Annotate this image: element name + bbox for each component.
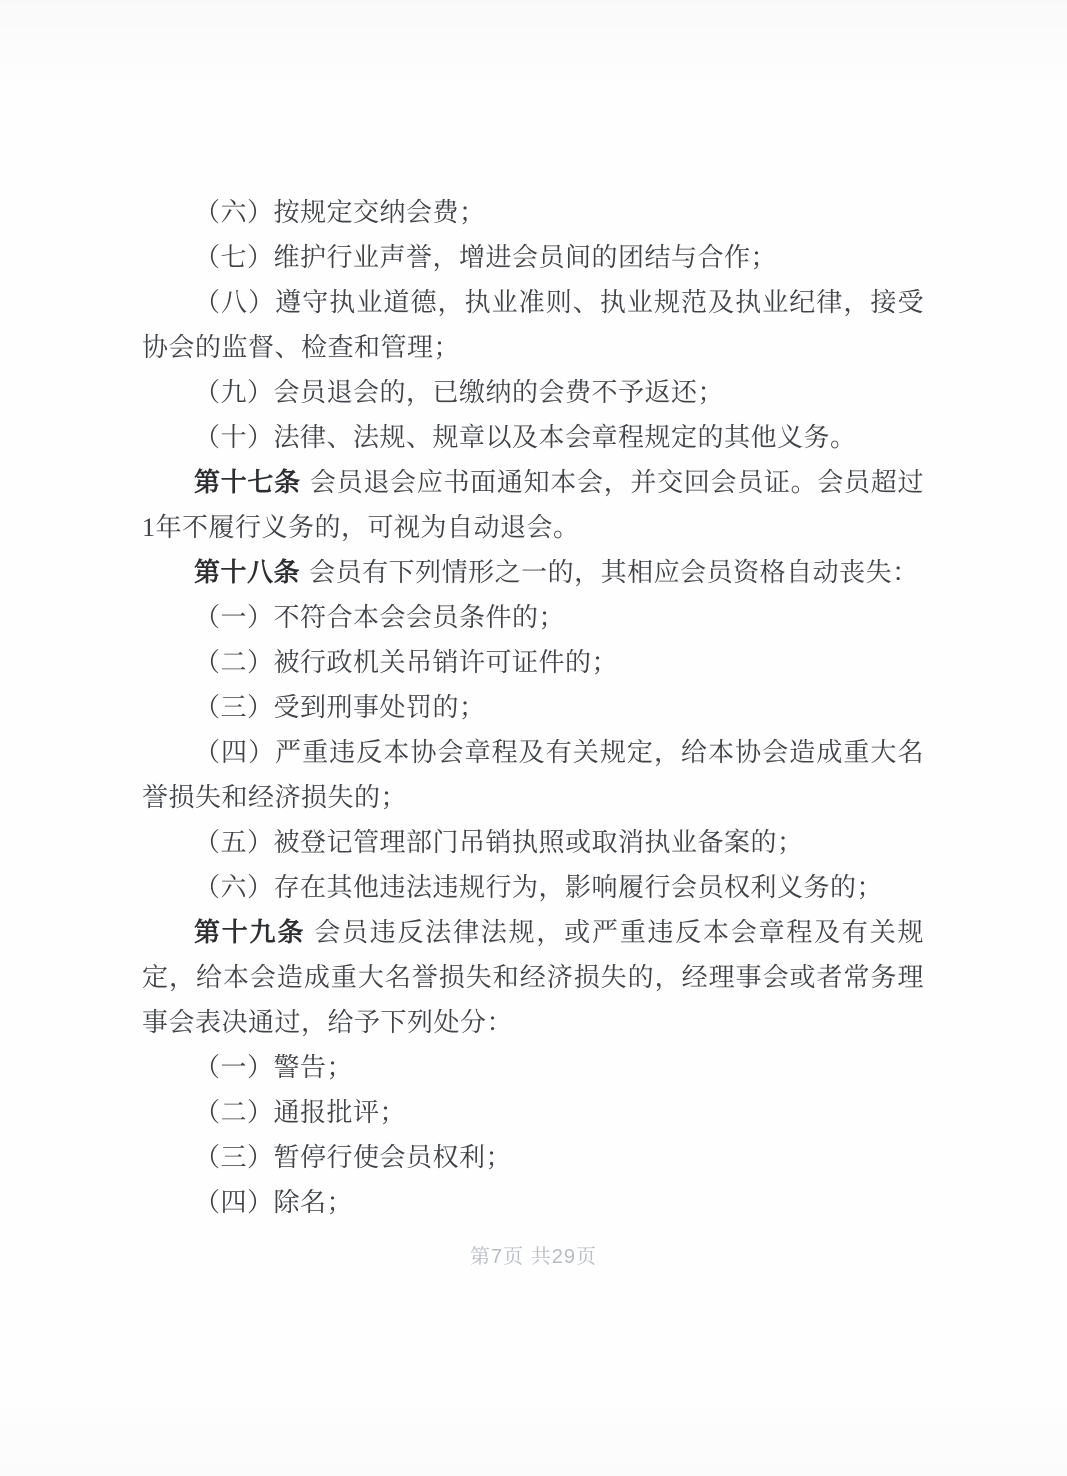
paragraph: 第十八条会员有下列情形之一的，其相应会员资格自动丧失： — [142, 550, 924, 595]
paragraph: （四）严重违反本协会章程及有关规定，给本协会造成重大名誉损失和经济损失的； — [142, 730, 924, 820]
paragraph-text: （六）存在其他违法违规行为，影响履行会员权利义务的； — [194, 873, 883, 902]
document-body: （六）按规定交纳会费； （七）维护行业声誉，增进会员间的团结与合作； （八）遵守… — [142, 190, 924, 1225]
paragraph: （一）不符合本会会员条件的； — [142, 595, 924, 640]
paragraph-text: （五）被登记管理部门吊销执照或取消执业备案的； — [194, 828, 804, 857]
paragraph-text: （六）按规定交纳会费； — [194, 198, 486, 227]
paragraph-text: （七）维护行业声誉，增进会员间的团结与合作； — [194, 243, 777, 272]
paragraph: 第十七条会员退会应书面通知本会，并交回会员证。会员超过1年不履行义务的，可视为自… — [142, 460, 924, 550]
paragraph: （六）按规定交纳会费； — [142, 190, 924, 235]
paragraph: （十）法律、法规、规章以及本会章程规定的其他义务。 — [142, 415, 924, 460]
page-footer: 第7页 共29页 — [0, 1240, 1067, 1269]
article-number-label: 第十七条 — [194, 468, 301, 497]
article-number-label: 第十九条 — [194, 918, 305, 947]
paragraph-text: （一）警告； — [194, 1053, 353, 1082]
paragraph-text: （二）通报批评； — [194, 1098, 406, 1127]
paragraph-text: （四）严重违反本协会章程及有关规定，给本协会造成重大名誉损失和经济损失的； — [142, 738, 924, 812]
paragraph: （一）警告； — [142, 1045, 924, 1090]
paragraph: （三）受到刑事处罚的； — [142, 685, 924, 730]
paragraph-text: （四）除名； — [194, 1188, 353, 1217]
paragraph-text: （十）法律、法规、规章以及本会章程规定的其他义务。 — [194, 423, 857, 452]
paragraph-text: （一）不符合本会会员条件的； — [194, 603, 565, 632]
document-page: （六）按规定交纳会费； （七）维护行业声誉，增进会员间的团结与合作； （八）遵守… — [0, 0, 1067, 1476]
paragraph: （四）除名； — [142, 1180, 924, 1225]
paragraph: （六）存在其他违法违规行为，影响履行会员权利义务的； — [142, 865, 924, 910]
paragraph-text: （三）受到刑事处罚的； — [194, 693, 486, 722]
page-number-indicator: 第7页 共29页 — [470, 1246, 597, 1268]
paragraph: （二）被行政机关吊销许可证件的； — [142, 640, 924, 685]
paragraph-text: 会员有下列情形之一的，其相应会员资格自动丧失： — [309, 558, 919, 587]
paragraph: 第十九条会员违反法律法规，或严重违反本会章程及有关规定，给本会造成重大名誉损失和… — [142, 910, 924, 1045]
paragraph: （九）会员退会的，已缴纳的会费不予返还； — [142, 370, 924, 415]
article-number-label: 第十八条 — [194, 558, 300, 587]
paragraph-text: （二）被行政机关吊销许可证件的； — [194, 648, 618, 677]
paragraph: （二）通报批评； — [142, 1090, 924, 1135]
paragraph: （八）遵守执业道德，执业准则、执业规范及执业纪律，接受协会的监督、检查和管理； — [142, 280, 924, 370]
paragraph-text: （八）遵守执业道德，执业准则、执业规范及执业纪律，接受协会的监督、检查和管理； — [142, 288, 924, 362]
paragraph: （七）维护行业声誉，增进会员间的团结与合作； — [142, 235, 924, 280]
paragraph-text: （九）会员退会的，已缴纳的会费不予返还； — [194, 378, 724, 407]
paragraph: （三）暂停行使会员权利； — [142, 1135, 924, 1180]
paragraph-text: （三）暂停行使会员权利； — [194, 1143, 512, 1172]
paragraph: （五）被登记管理部门吊销执照或取消执业备案的； — [142, 820, 924, 865]
